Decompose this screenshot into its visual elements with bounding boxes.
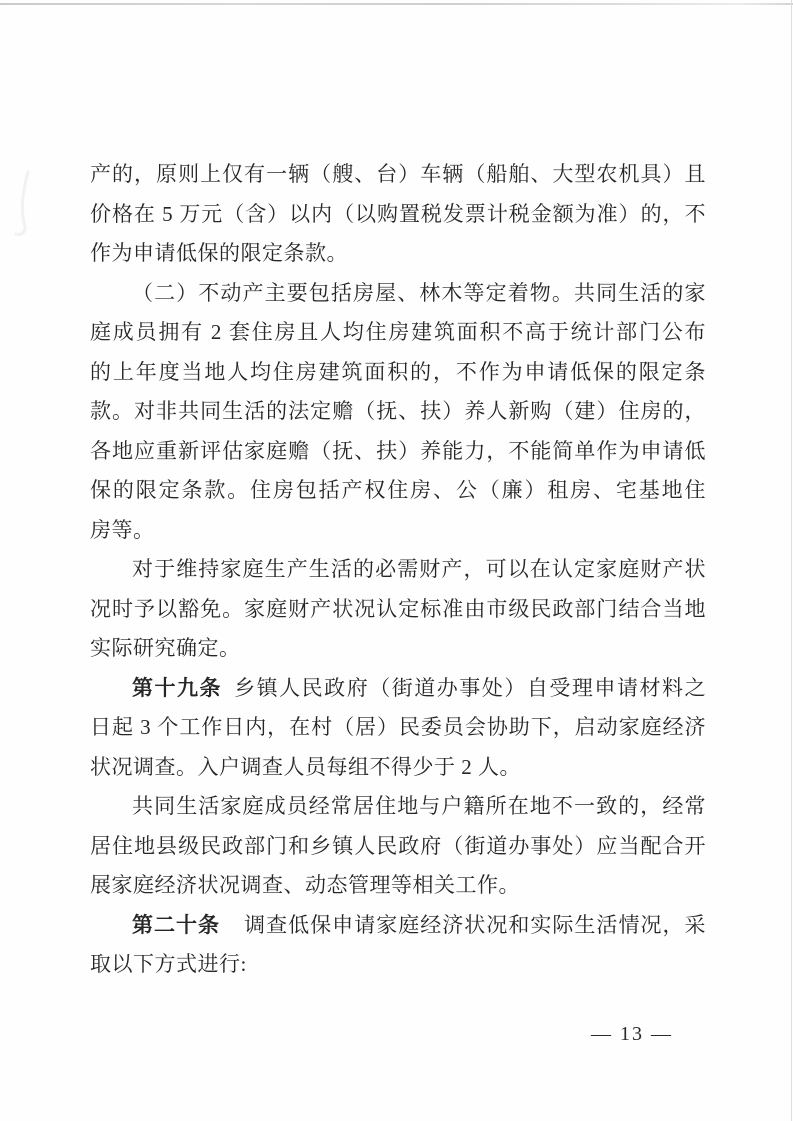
article-heading: 第二十条 <box>132 913 220 937</box>
paragraph: 共同生活家庭成员经常居住地与户籍所在地不一致的，经常 居住地县级民政部门和乡镇人… <box>90 787 706 906</box>
article-heading: 第十九条 <box>132 676 222 700</box>
text-line: 价格在 5 万元（含）以内（以购置税发票计税金额为准）的，不 <box>90 195 706 235</box>
text-line: （二）不动产主要包括房屋、林木等定着物。共同生活的家 <box>90 274 706 314</box>
text-line: 居住地县级民政部门和乡镇人民政府（街道办事处）应当配合开 <box>90 827 706 867</box>
text-line: 的上年度当地人均住房建筑面积的，不作为申请低保的限定条 <box>90 353 706 393</box>
scan-edge-right <box>791 0 792 1121</box>
paragraph: 对于维持家庭生产生活的必需财产，可以在认定家庭财产状 况时予以豁免。家庭财产状况… <box>90 550 706 669</box>
text-line-rest: 调查低保申请家庭经济状况和实际生活情况，采 <box>244 913 706 937</box>
text-line: 第二十条调查低保申请家庭经济状况和实际生活情况，采 <box>90 906 706 946</box>
text-line: 房等。 <box>90 511 706 551</box>
text-line: 日起 3 个工作日内，在村（居）民委员会协助下，启动家庭经济 <box>90 708 706 748</box>
text-line: 第十九条乡镇人民政府（街道办事处）自受理申请材料之 <box>90 669 706 709</box>
text-line: 庭成员拥有 2 套住房且人均住房建筑面积不高于统计部门公布 <box>90 313 706 353</box>
paragraph: 第十九条乡镇人民政府（街道办事处）自受理申请材料之 日起 3 个工作日内，在村（… <box>90 669 706 788</box>
scan-artifact <box>8 168 38 244</box>
text-line-rest: 乡镇人民政府（街道办事处）自受理申请材料之 <box>234 676 706 700</box>
document-body-text: 产的，原则上仅有一辆（艘、台）车辆（船舶、大型农机具）且 价格在 5 万元（含）… <box>90 155 706 985</box>
paragraph: （二）不动产主要包括房屋、林木等定着物。共同生活的家 庭成员拥有 2 套住房且人… <box>90 274 706 551</box>
text-line: 作为申请低保的限定条款。 <box>90 234 706 274</box>
text-line: 取以下方式进行: <box>90 945 706 985</box>
text-line: 状况调查。入户调查人员每组不得少于 2 人。 <box>90 748 706 788</box>
document-page: 产的，原则上仅有一辆（艘、台）车辆（船舶、大型农机具）且 价格在 5 万元（含）… <box>0 0 793 1121</box>
text-line: 保的限定条款。住房包括产权住房、公（廉）租房、宅基地住 <box>90 471 706 511</box>
page-number: — 13 — <box>572 1023 692 1046</box>
text-line: 实际研究确定。 <box>90 629 706 669</box>
paragraph: 第二十条调查低保申请家庭经济状况和实际生活情况，采 取以下方式进行: <box>90 906 706 985</box>
scan-edge-top <box>0 3 793 5</box>
text-line: 共同生活家庭成员经常居住地与户籍所在地不一致的，经常 <box>90 787 706 827</box>
text-line: 各地应重新评估家庭赡（抚、扶）养能力，不能简单作为申请低 <box>90 432 706 472</box>
paragraph: 产的，原则上仅有一辆（艘、台）车辆（船舶、大型农机具）且 价格在 5 万元（含）… <box>90 155 706 274</box>
text-line: 况时予以豁免。家庭财产状况认定标准由市级民政部门结合当地 <box>90 590 706 630</box>
text-line: 对于维持家庭生产生活的必需财产，可以在认定家庭财产状 <box>90 550 706 590</box>
text-line: 款。对非共同生活的法定赡（抚、扶）养人新购（建）住房的， <box>90 392 706 432</box>
text-line: 展家庭经济状况调查、动态管理等相关工作。 <box>90 866 706 906</box>
text-line: 产的，原则上仅有一辆（艘、台）车辆（船舶、大型农机具）且 <box>90 155 706 195</box>
